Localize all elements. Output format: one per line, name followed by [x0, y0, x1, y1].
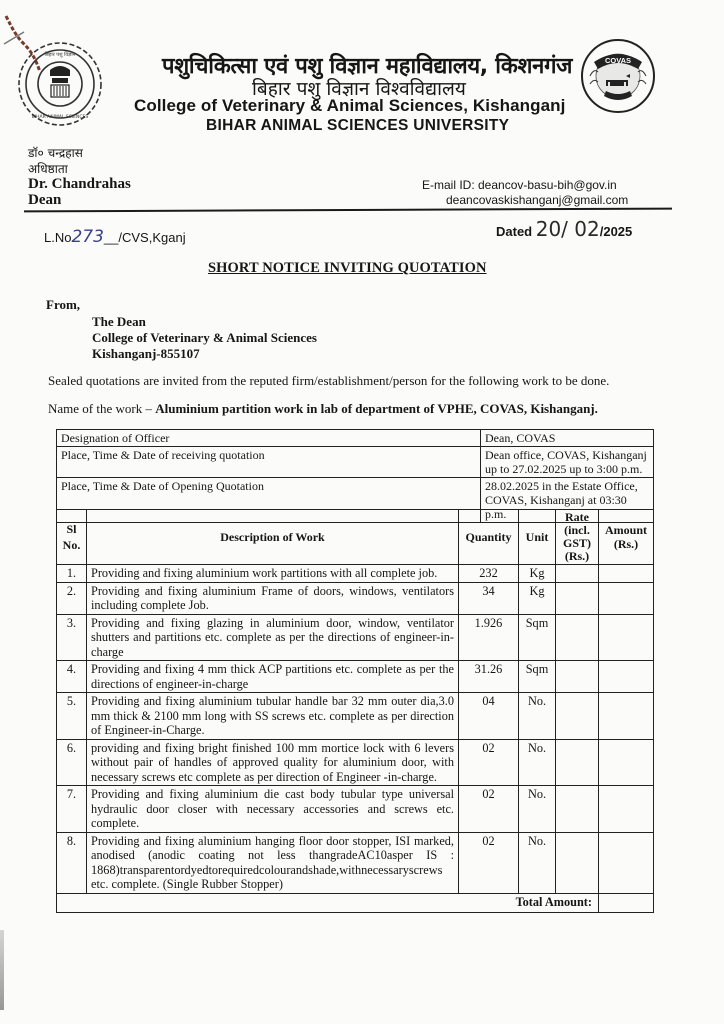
info-label: Designation of Officer [57, 430, 481, 447]
row-amount-field[interactable] [599, 786, 654, 833]
notice-title: SHORT NOTICE INVITING QUOTATION [208, 260, 487, 277]
header-divider [24, 208, 672, 213]
row-rate-field[interactable] [556, 582, 599, 614]
row-description: Providing and fixing 4 mm thick ACP part… [87, 661, 459, 693]
table-header-row: Sl No. Description of Work Quantity Unit… [57, 510, 654, 565]
row-quantity: 31.26 [459, 661, 519, 693]
row-amount-field[interactable] [599, 832, 654, 893]
row-sl-no: 3. [57, 614, 87, 661]
row-rate-field[interactable] [556, 832, 599, 893]
row-unit: Sqm [519, 614, 556, 661]
row-sl-no: 1. [57, 565, 87, 583]
row-sl-no: 6. [57, 739, 87, 786]
dean-name: Dr. Chandrahas [28, 176, 131, 193]
svg-text:COVAS: COVAS [605, 56, 631, 65]
dated-year: /2025 [600, 224, 633, 239]
row-description: Providing and fixing aluminium work part… [87, 565, 459, 583]
header-sl-no: Sl No. [57, 510, 87, 565]
row-sl-no: 4. [57, 661, 87, 693]
covas-logo-icon: COVAS [580, 38, 656, 114]
info-row: Place, Time & Date of receiving quotatio… [57, 447, 654, 478]
info-label: Place, Time & Date of receiving quotatio… [57, 447, 481, 478]
row-unit: Kg [519, 582, 556, 614]
letter-number: L.No273__/CVS,Kganj [44, 227, 186, 247]
header-unit: Unit [519, 510, 556, 565]
university-name: BIHAR ANIMAL SCIENCES UNIVERSITY [206, 117, 509, 135]
college-name: College of Veterinary & Animal Sciences,… [134, 96, 566, 116]
table-row: 8.Providing and fixing aluminium hanging… [57, 832, 654, 893]
row-rate-field[interactable] [556, 614, 599, 661]
row-sl-no: 2. [57, 582, 87, 614]
total-label: Total Amount: [57, 893, 599, 912]
header-rate: Rate (incl. GST) (Rs.) [556, 510, 599, 565]
row-rate-field[interactable] [556, 693, 599, 740]
row-rate-field[interactable] [556, 661, 599, 693]
row-amount-field[interactable] [599, 565, 654, 583]
page-margin-shadow [0, 930, 4, 1010]
row-amount-field[interactable] [599, 739, 654, 786]
row-description: Providing and fixing aluminium Frame of … [87, 582, 459, 614]
intro-paragraph: Sealed quotations are invited from the r… [48, 373, 609, 389]
row-quantity: 02 [459, 739, 519, 786]
total-amount-field[interactable] [599, 893, 654, 912]
row-amount-field[interactable] [599, 614, 654, 661]
info-value: Dean office, COVAS, Kishanganj up to 27.… [481, 447, 654, 478]
row-unit: Sqm [519, 661, 556, 693]
row-amount-field[interactable] [599, 661, 654, 693]
row-quantity: 02 [459, 786, 519, 833]
email-primary: E-mail ID: deancov-basu-bih@gov.in [422, 178, 617, 192]
letter-number-handwritten: 273 [71, 227, 103, 247]
table-row: 4.Providing and fixing 4 mm thick ACP pa… [57, 661, 654, 693]
email-secondary: deancovaskishanganj@gmail.com [446, 193, 628, 207]
row-rate-field[interactable] [556, 739, 599, 786]
university-emblem-icon: बिहार पशु विज्ञान BIHAR ANIMAL SCIENCES [14, 38, 106, 130]
table-row: 3.Providing and fixing glazing in alumin… [57, 614, 654, 661]
row-quantity: 02 [459, 832, 519, 893]
row-quantity: 1.926 [459, 614, 519, 661]
row-quantity: 232 [459, 565, 519, 583]
row-description: Providing and fixing aluminium hanging f… [87, 832, 459, 893]
dean-title: Dean [28, 192, 61, 209]
table-row: 2.Providing and fixing aluminium Frame o… [57, 582, 654, 614]
from-line: The Dean [92, 314, 146, 330]
work-name-label: Name of the work – [48, 401, 155, 416]
row-unit: Kg [519, 565, 556, 583]
row-quantity: 34 [459, 582, 519, 614]
info-row: Designation of Officer Dean, COVAS [57, 430, 654, 447]
letter-number-suffix: __/CVS,Kganj [104, 230, 186, 245]
row-description: Providing and fixing glazing in aluminiu… [87, 614, 459, 661]
header-quantity: Quantity [459, 510, 519, 565]
svg-text:बिहार पशु विज्ञान: बिहार पशु विज्ञान [45, 51, 76, 58]
table-row: 7.Providing and fixing aluminium die cas… [57, 786, 654, 833]
dean-title-hindi: अधिष्ठाता [28, 160, 68, 177]
dated-handwritten: 20/ 02 [536, 217, 600, 241]
row-description: Providing and fixing aluminium tubular h… [87, 693, 459, 740]
row-amount-field[interactable] [599, 582, 654, 614]
letter-number-prefix: L.No [44, 230, 71, 245]
row-quantity: 04 [459, 693, 519, 740]
work-name-value: Aluminium partition work in lab of depar… [155, 401, 598, 416]
table-row: 6.providing and fixing bright finished 1… [57, 739, 654, 786]
row-amount-field[interactable] [599, 693, 654, 740]
row-unit: No. [519, 786, 556, 833]
row-description: Providing and fixing aluminium die cast … [87, 786, 459, 833]
row-sl-no: 7. [57, 786, 87, 833]
row-rate-field[interactable] [556, 565, 599, 583]
row-sl-no: 5. [57, 693, 87, 740]
quotation-table: Sl No. Description of Work Quantity Unit… [56, 509, 654, 913]
from-label: From, [46, 297, 80, 313]
row-description: providing and fixing bright finished 100… [87, 739, 459, 786]
row-unit: No. [519, 693, 556, 740]
total-row: Total Amount: [57, 893, 654, 912]
row-rate-field[interactable] [556, 786, 599, 833]
row-unit: No. [519, 739, 556, 786]
letter-date: Dated 20/ 02/2025 [496, 217, 632, 241]
work-name: Name of the work – Aluminium partition w… [48, 401, 598, 417]
table-row: 1.Providing and fixing aluminium work pa… [57, 565, 654, 583]
dean-name-hindi: डॉ० चन्द्रहास [28, 144, 83, 161]
info-value: Dean, COVAS [481, 430, 654, 447]
header-description: Description of Work [87, 510, 459, 565]
table-row: 5.Providing and fixing aluminium tubular… [57, 693, 654, 740]
header-amount: Amount (Rs.) [599, 510, 654, 565]
dated-label: Dated [496, 224, 536, 239]
from-line: Kishanganj-855107 [92, 346, 200, 362]
svg-text:BIHAR ANIMAL SCIENCES: BIHAR ANIMAL SCIENCES [32, 114, 89, 120]
from-line: College of Veterinary & Animal Sciences [92, 330, 317, 346]
row-unit: No. [519, 832, 556, 893]
row-sl-no: 8. [57, 832, 87, 893]
